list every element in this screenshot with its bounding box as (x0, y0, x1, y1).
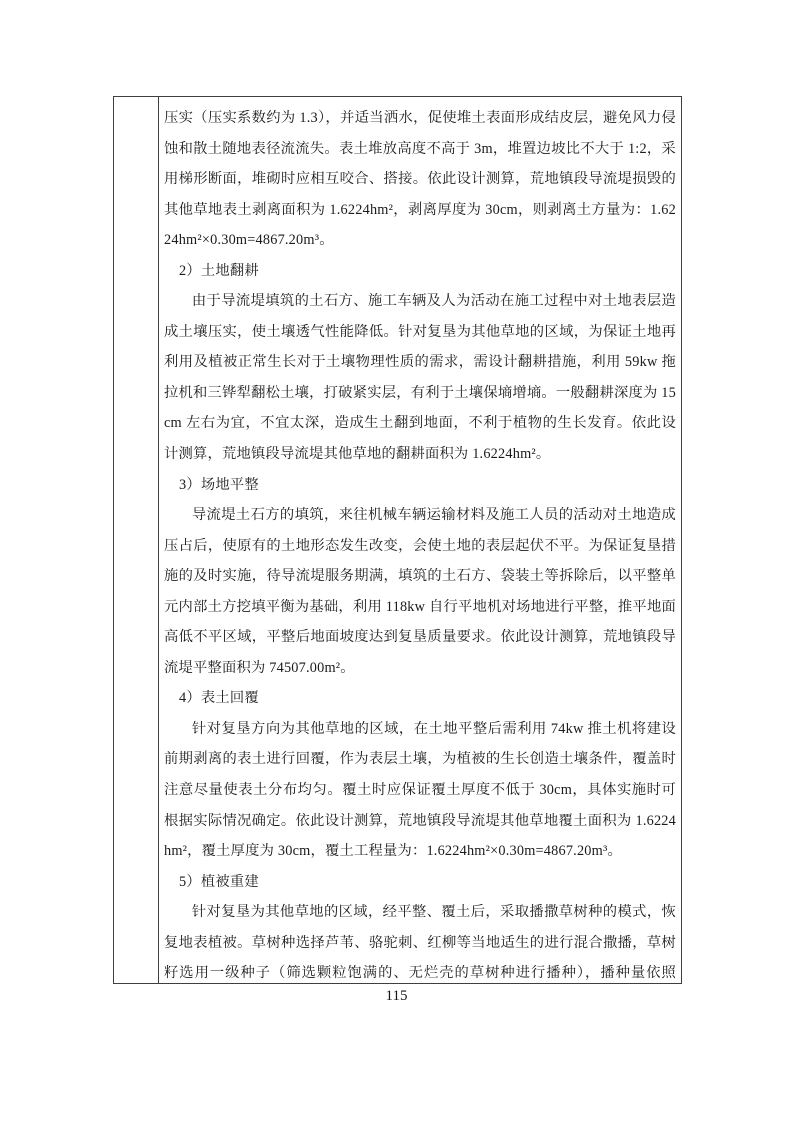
table-body-cell: 压实（压实系数约为 1.3），并适当洒水，促使堆土表面形成结皮层，避免风力侵蚀和… (159, 97, 681, 983)
paragraph: 导流堤土石方的填筑，来往机械车辆运输材料及施工人员的活动对土地造成压占后，使原有… (164, 500, 676, 683)
paragraph: 针对复垦为其他草地的区域，经平整、覆土后，采取播撒草树种的模式，恢复地表植被。草… (164, 897, 676, 983)
paragraph: 针对复垦方向为其他草地的区域，在土地平整后需利用 74kw 推土机将建设前期剥离… (164, 714, 676, 867)
section-heading: 3）场地平整 (164, 470, 676, 501)
page-number: 115 (0, 988, 793, 1005)
section-heading: 4）表土回覆 (164, 683, 676, 714)
section-heading: 5）植被重建 (164, 867, 676, 898)
document-page: 压实（压实系数约为 1.3），并适当洒水，促使堆土表面形成结皮层，避免风力侵蚀和… (0, 0, 793, 1122)
content-table: 压实（压实系数约为 1.3），并适当洒水，促使堆土表面形成结皮层，避免风力侵蚀和… (113, 96, 682, 984)
table-left-column (114, 97, 159, 983)
paragraph: 由于导流堤填筑的土石方、施工车辆及人为活动在施工过程中对土地表层造成土壤压实，使… (164, 286, 676, 469)
section-heading: 2）土地翻耕 (164, 256, 676, 287)
paragraph: 压实（压实系数约为 1.3），并适当洒水，促使堆土表面形成结皮层，避免风力侵蚀和… (164, 103, 676, 256)
